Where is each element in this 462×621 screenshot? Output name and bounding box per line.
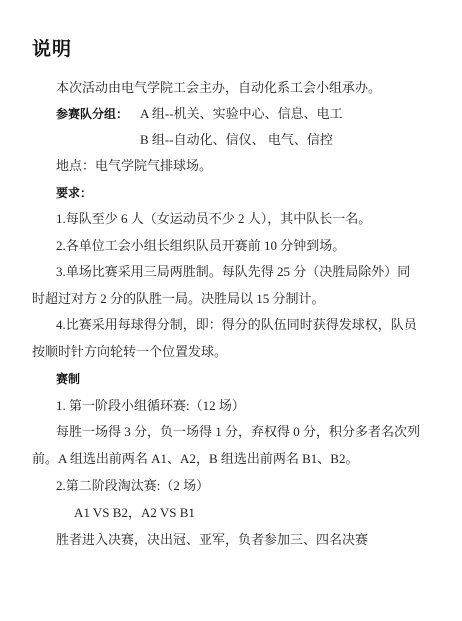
groups-row: 参赛队分组：A 组--机关、实验中心、信息、电工 xyxy=(56,106,343,122)
stage1-rule-line1: 每胜一场得 3 分，负一场得 1 分，弃权得 0 分，积分多者名次列 xyxy=(56,424,420,440)
document-title: 说明 xyxy=(32,34,72,61)
stage2-result: 胜者进入决赛，决出冠、亚军，负者参加三、四名决赛 xyxy=(56,532,368,548)
stage2-title: 2.第二阶段淘汰赛:（2 场） xyxy=(56,478,209,494)
requirement-item-2: 2.各单位工会小组长组织队员开赛前 10 分钟到场。 xyxy=(56,238,345,254)
stage1-rule-line2: 前。A 组选出前两名 A1、A2，B 组选出前两名 B1、B2。 xyxy=(32,451,358,467)
requirement-item-3-line1: 3.单场比赛采用三局两胜制。每队先得 25 分（决胜局除外）同 xyxy=(56,264,410,280)
intro-paragraph: 本次活动由电气学院工会主办，自动化系工会小组承办。 xyxy=(56,80,381,96)
group-b: B 组--自动化、信仪、 电气、信控 xyxy=(140,132,333,148)
requirement-item-4-line2: 按顺时针方向轮转一个位置发球。 xyxy=(32,344,227,360)
format-heading: 赛制 xyxy=(56,371,80,387)
requirement-item-4-line1: 4.比赛采用每球得分制，即：得分的队伍同时获得发球权，队员 xyxy=(56,317,417,333)
stage1-title: 1. 第一阶段小组循环赛:（12 场） xyxy=(56,398,245,414)
group-a: A 组--机关、实验中心、信息、电工 xyxy=(140,106,343,121)
location-paragraph: 地点：电气学院气排球场。 xyxy=(56,158,212,174)
requirements-heading: 要求： xyxy=(56,185,92,201)
requirement-item-3-line2: 时超过对方 2 分的队胜一局。决胜局以 15 分制计。 xyxy=(32,291,325,307)
stage2-matches: A1 VS B2，A2 VS B1 xyxy=(74,505,195,521)
requirement-item-1: 1.每队至少 6 人（女运动员不少 2 人），其中队长一名。 xyxy=(56,211,371,227)
groups-label: 参赛队分组： xyxy=(56,106,140,122)
